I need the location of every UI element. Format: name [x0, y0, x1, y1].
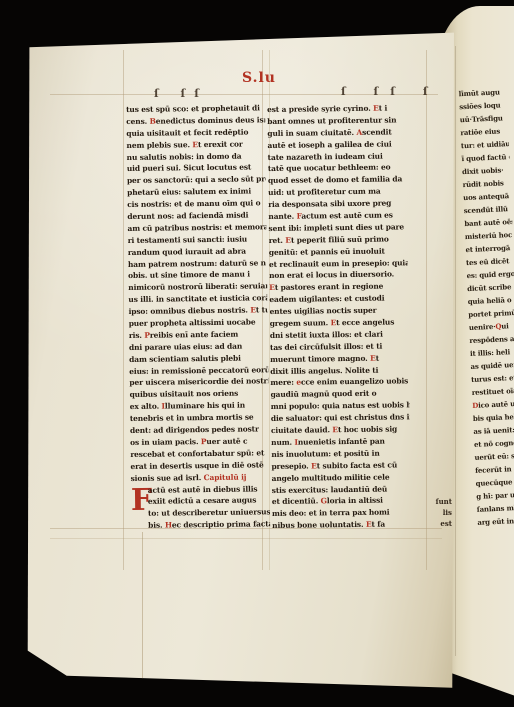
body-text: dicūt scribe	[467, 282, 511, 293]
body-text: nis inuolutum: et positū in	[271, 448, 379, 458]
body-text: est a preside syrie cyrino.	[267, 104, 373, 114]
body-text: est	[440, 519, 452, 528]
body-text: dam scientiam salutis plebi	[129, 353, 241, 363]
ruling-line	[50, 538, 442, 539]
body-text: puer propheta altissimi uocabe	[129, 317, 256, 328]
body-text: ſunt	[436, 497, 452, 506]
body-text: nem plebis sue.	[126, 140, 192, 150]
body-text: uū·Trāsfigu	[460, 113, 503, 124]
body-text: eius: in remissionē peccatorū eorū:	[129, 365, 270, 376]
body-text: phetarū eius: salutem ex inimi	[127, 187, 251, 198]
body-text: us illi. in sanctitate et iusticia corā	[128, 294, 270, 305]
body-text: cce enim euangelizo uobis	[301, 377, 408, 387]
body-text: fecerūt in eo	[475, 464, 514, 475]
body-text: ciuitate dauid.	[271, 425, 332, 435]
manuscript-page: S.lu ſ ſſ ſ ſſ ſ tus est spū sco: et pro…	[26, 30, 454, 693]
body-text: et nō cogno	[474, 438, 514, 449]
body-text: t peperit filiū suū primo	[291, 234, 389, 244]
body-text: derunt nos: ad faciendā misdi	[127, 211, 248, 221]
body-text: entes uigilias noctis super	[269, 306, 376, 316]
body-text: misteriū hoc	[465, 230, 513, 241]
body-text: et reclinauit eum in presepio: quia	[269, 258, 410, 269]
body-text: bant autē oēs	[464, 217, 512, 228]
body-text: ham patrem nostrum: daturū se n	[128, 258, 266, 269]
text-line: mere: ecce enim euangelizo uobis	[270, 376, 409, 390]
body-text: actū est autē in diebus illis	[148, 484, 258, 494]
body-text: lluminare his qui in	[165, 401, 245, 411]
body-text: tatē que uocatur bethleem: eo	[268, 163, 391, 173]
body-text: uenire·	[469, 322, 496, 332]
body-text: quibus uisitauit nos oriens	[129, 389, 238, 399]
body-text: tenebris et in umbra mortis se	[130, 413, 254, 424]
body-text: genitū: et pannis eū inuoluit	[269, 246, 385, 256]
body-text: t i	[379, 104, 388, 113]
body-text: uer autē c	[206, 436, 247, 446]
body-text: presepio.	[271, 461, 311, 470]
body-text: ret.	[269, 236, 286, 245]
body-text: os in uiam pacis.	[130, 437, 201, 447]
text-column-right: est a preside syrie cyrino. Et ibant omn…	[267, 102, 411, 532]
body-text: autē et ioseph a galilea de ciui	[267, 139, 391, 150]
body-text: gaudiū magnū quod erit o	[270, 389, 376, 399]
body-text: ris.	[129, 331, 145, 340]
body-text: mni populo: quia natus est uobis ho	[271, 400, 412, 411]
text-line: dent: ad dirigendos pedes nostr	[130, 423, 269, 437]
body-text: ex alto.	[130, 402, 162, 411]
body-text: ī quod factū est	[461, 152, 509, 164]
body-text: guli in suam ciuitatē.	[267, 128, 356, 138]
body-text: bant omnes ut profiterentur sin	[267, 115, 396, 126]
body-text: tur: et uidiāu	[461, 139, 509, 150]
ruling-line	[123, 50, 124, 570]
body-text: et dicentiū.	[272, 497, 321, 507]
body-text: tate nazareth in iudeam ciui	[268, 151, 383, 161]
text-line: non erat ei locus in diuersorio.	[269, 269, 408, 283]
edge-text-fragments: ſuntlisest	[418, 496, 452, 529]
body-text: sionis sue ad isrl.	[131, 473, 204, 483]
body-text: nimicorū nostrorū liberati: seruiam	[128, 282, 270, 293]
body-text: nuenietis infantē pan	[298, 437, 385, 447]
body-text: cis nostris: et de manu oīm qui o	[127, 198, 260, 209]
body-text: ratiōe eius	[460, 126, 500, 137]
body-text: angelo multitudo militie cele	[272, 472, 390, 482]
text-line: ret. Et peperit filiū suū primo	[269, 233, 408, 247]
body-text: ri testamenti sui sancti: iusiu	[128, 234, 247, 244]
body-text: it illis: heli	[470, 347, 510, 358]
text-line: autē et ioseph a galilea de ciui	[267, 138, 406, 152]
body-text: tas dei circūfulsit illos: et ti	[270, 341, 382, 351]
body-text: reibis enī ante faciem	[150, 330, 238, 340]
body-text: am cū patribus nostris: et memora	[127, 222, 268, 233]
body-text: sent ibi: impleti sunt dies ut pare	[268, 222, 404, 233]
body-text: restituet oīa	[472, 386, 514, 397]
body-text: nante.	[268, 212, 296, 221]
text-line: per uiscera misericordie dei nostri: in	[129, 376, 268, 390]
body-text: lis	[443, 508, 452, 517]
body-text: obis. ut sine timore de manu i	[128, 270, 250, 280]
body-text: cens.	[126, 117, 149, 126]
body-text: quecūque uo	[475, 477, 514, 488]
body-text: ssiōes loqu	[459, 100, 501, 111]
text-column-left: tus est spū sco: et prophetauit dicens. …	[126, 102, 270, 532]
body-text: rūdit nobis	[462, 178, 503, 189]
body-text: bis.	[148, 521, 165, 530]
body-text: actum est autē cum es	[301, 210, 393, 220]
text-line: gregem suum. Et ecce angelus	[270, 316, 409, 330]
body-text: t fa	[371, 520, 385, 529]
body-text: as quidē uen	[470, 360, 514, 371]
body-text: quod esset de domo et familia da	[268, 175, 402, 186]
body-text: ria desponsata sibi uxore preg	[268, 199, 391, 210]
drop-cap-initial: F	[131, 484, 148, 520]
body-text: erat in desertis usque in diē ostē	[130, 460, 263, 471]
text-line: ſunt	[418, 496, 452, 507]
body-text: uid: ut profiteretur cum ma	[268, 187, 381, 197]
body-text: mis deo: et in terra pax homi	[272, 508, 390, 518]
text-line: presepio. Et subito facta est cū	[271, 459, 410, 473]
body-text: ipso: omnibus diebus nostris.	[128, 306, 250, 316]
text-line: arg eūt in ipſa	[477, 514, 514, 529]
body-text: t subito facta est cū	[317, 460, 398, 470]
text-line: randum quod iurauit ad abra	[128, 245, 267, 259]
body-text: per os sanctorū: qui a seclo sūt pro	[127, 175, 270, 186]
body-text: es: quid ergo	[466, 269, 514, 280]
body-text: dni parare uias eius: ad dan	[129, 341, 242, 351]
text-line: uū·Trāsfigu	[460, 111, 509, 126]
body-text: randum quod iurauit ad abra	[128, 246, 246, 256]
text-line: quod esset de domo et familia da	[268, 174, 407, 188]
body-text: respōdens a	[469, 334, 514, 345]
text-line: puer propheta altissimi uocabe	[129, 316, 268, 330]
body-text: tes eū dicēt	[466, 256, 510, 267]
body-text: ico autē uo	[478, 399, 514, 410]
text-line: bis. Hec descriptio prima facta	[131, 518, 270, 532]
body-text: nibus bone uoluntatis.	[272, 520, 366, 530]
text-line: nibus bone uoluntatis. Et fa	[272, 518, 411, 532]
body-text: quia heliā o	[468, 295, 512, 306]
rubric-text: Capitulū ij	[204, 472, 247, 482]
next-leaf-text-column: līmūt augussiōes loquuū·Trāsfiguratiōe e…	[458, 85, 514, 529]
body-text: t ecce angelus	[336, 317, 394, 327]
text-line: ciuitate dauid. Et hoc uobis sig	[271, 423, 410, 437]
body-text: bis quia heli	[473, 412, 514, 423]
body-text: gregem suum.	[270, 318, 331, 328]
body-text: scendūt illū	[464, 204, 508, 215]
body-text: per uiscera misericordie dei nostri: in	[129, 377, 270, 388]
body-text: eadem uigilantes: et custodi	[269, 294, 384, 304]
body-text: scendit	[362, 127, 392, 136]
body-text: uid pueri sui. Sicut locutus est	[127, 163, 252, 174]
ruling-line	[426, 50, 427, 570]
body-text: līmūt augu	[458, 87, 499, 98]
body-text: dent: ad dirigendos pedes nostr	[130, 424, 259, 435]
body-text: exiit edictū a cesare augus	[148, 496, 256, 506]
body-text: rescebat et confortabatur spū: et	[130, 448, 264, 459]
body-text: t pastores erant in regione	[275, 282, 384, 292]
body-text: g hī: par uirtu	[476, 490, 514, 501]
text-line: lis	[418, 507, 452, 518]
body-text: non erat ei locus in diuersorio.	[269, 270, 394, 281]
body-text: dni stetit iuxta illos: et clari	[270, 330, 383, 340]
body-text: stis exercitus: laudantiū deū	[272, 484, 388, 494]
parchment-fold-line	[142, 532, 143, 688]
text-line: est	[418, 518, 452, 529]
body-text: dixit uobis·	[462, 165, 504, 176]
manuscript-photo: līmūt augussiōes loquuū·Trāsfiguratiōe e…	[0, 0, 514, 707]
body-text: arg eūt in ipſa	[477, 516, 514, 527]
body-text: as iā uenit:	[473, 425, 514, 436]
body-text: uerūt eū: sed	[474, 451, 514, 462]
body-text: ec descriptio prima facta	[172, 519, 270, 529]
body-text: to: ut describeretur uniuersus or	[148, 507, 270, 518]
body-text: ui	[501, 321, 509, 330]
text-line: quia uisitauit et fecit redēptio	[126, 126, 265, 140]
body-text: ſanlans mlum	[477, 503, 514, 514]
body-text: enedictus dominus deus isrl:	[156, 115, 271, 125]
body-text: turus est: et	[471, 373, 514, 384]
body-text: t	[376, 353, 379, 362]
body-text: quia uisitauit et fecit redēptio	[126, 127, 248, 137]
text-line: erat in desertis usque in diē ostē	[130, 459, 269, 473]
body-text: muerunt timore magno.	[270, 353, 370, 363]
body-text: portet primū	[468, 308, 514, 319]
body-text: uos antequā	[463, 191, 509, 202]
body-text: loria in altissi	[327, 496, 383, 506]
body-text: nu salutis nobis: in domo da	[127, 151, 242, 161]
body-text: mere:	[270, 378, 296, 387]
ascender-strokes: ſ ſſ	[154, 87, 208, 100]
body-text: die saluator: qui est christus dns in	[271, 412, 411, 423]
body-text: tus est spū sco: et prophetauit di	[126, 103, 260, 114]
body-text: t hoc uobis sig	[338, 424, 397, 434]
page-edge-line	[455, 46, 456, 656]
body-text: num.	[271, 438, 294, 447]
ascender-strokes: ſ ſſ ſ	[341, 85, 440, 98]
body-text: t erexit cor	[198, 139, 243, 149]
body-text: dixit illis angelus. Nolite ti	[270, 365, 378, 375]
running-title: S.lu	[242, 70, 276, 86]
body-text: et interrogā	[465, 243, 510, 254]
